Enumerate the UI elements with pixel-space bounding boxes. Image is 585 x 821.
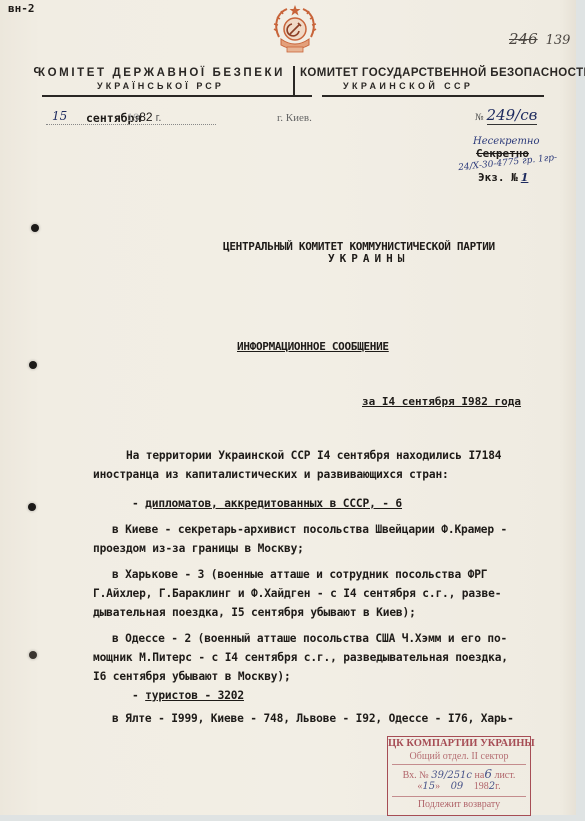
body-odessa-line1: в Одессе - 2 (военный атташе посольства … — [112, 632, 507, 645]
punch-hole — [29, 361, 37, 369]
section-tourists: - туристов - 3202 — [132, 689, 244, 702]
receipt-stamp: ЦК КОМПАРТИИ УКРАИНЫ Общий отдел. II сек… — [387, 736, 531, 816]
punch-hole — [29, 651, 37, 659]
punch-hole — [28, 503, 36, 511]
letterhead-ru-line1: КОМИТЕТ ГОСУДАРСТВЕННОЙ БЕЗОПАСНОСТИ — [300, 67, 585, 79]
letterhead-ru-line2: УКРАИНСКОЙ ССР — [343, 81, 473, 91]
archive-page-number: 246139 — [509, 30, 570, 48]
body-tourists-line1: в Ялте - I999, Киеве - 748, Львове - I92… — [112, 712, 514, 725]
letterhead-rule-left — [42, 95, 312, 97]
letterhead-divider — [293, 66, 295, 96]
letterhead-ua-line2: УКРАЇНСЬКОЇ РСР — [97, 81, 224, 91]
letterhead-ua-line1: КОМІТЕТ ДЕРЖАВНОЇ БЕЗПЕКИ — [38, 67, 285, 79]
body-kiev-line2: проездом из-за границы в Москву; — [93, 542, 304, 555]
section-diplomats: - дипломатов, аккредитованных в СССР, - … — [132, 497, 402, 510]
document-subtitle: за I4 сентября I982 года — [362, 395, 521, 408]
date-year: 1982 г. — [127, 110, 161, 124]
body-intro-line1: На территории Украинской ССР I4 сентября… — [126, 449, 501, 462]
copy-number: Экз. №1 — [478, 171, 531, 184]
corner-code: вн-2 — [8, 2, 35, 15]
document-number: №249/св — [475, 106, 537, 124]
body-kharkov-line3: дывательная поездка, I5 сентября убывают… — [93, 606, 416, 619]
city: г. Киев. — [277, 112, 312, 124]
document-page: вн-2 246139 с КОМІТЕТ ДЕРЖАВНОЇ БЕЗПЕКИ … — [0, 0, 576, 815]
letterhead-rule-right — [322, 95, 544, 97]
date-dotted-line — [46, 124, 216, 125]
declassified-handwritten: Несекретно — [473, 136, 540, 147]
coat-of-arms-icon — [271, 3, 319, 57]
punch-hole — [31, 224, 39, 232]
body-kharkov-line1: в Харькове - 3 (военные атташе и сотрудн… — [112, 568, 487, 581]
body-intro-line2: иностранца из капиталистических и развив… — [93, 468, 449, 481]
body-kiev-line1: в Киеве - секретарь-архивист посольства … — [112, 523, 507, 536]
body-odessa-line2: мощник М.Питерс - с I4 сентября с.г., ра… — [93, 651, 508, 664]
date-day: 15 — [52, 109, 67, 123]
document-title: ИНФОРМАЦИОННОЕ СООБЩЕНИЕ — [237, 340, 389, 353]
addressee-line2: УКРАИНЫ — [328, 252, 409, 265]
body-odessa-line3: I6 сентября убывают в Москву); — [93, 670, 291, 683]
body-kharkov-line2: Г.Айхлер, Г.Бараклинг и Ф.Хайдген - с I4… — [93, 587, 501, 600]
